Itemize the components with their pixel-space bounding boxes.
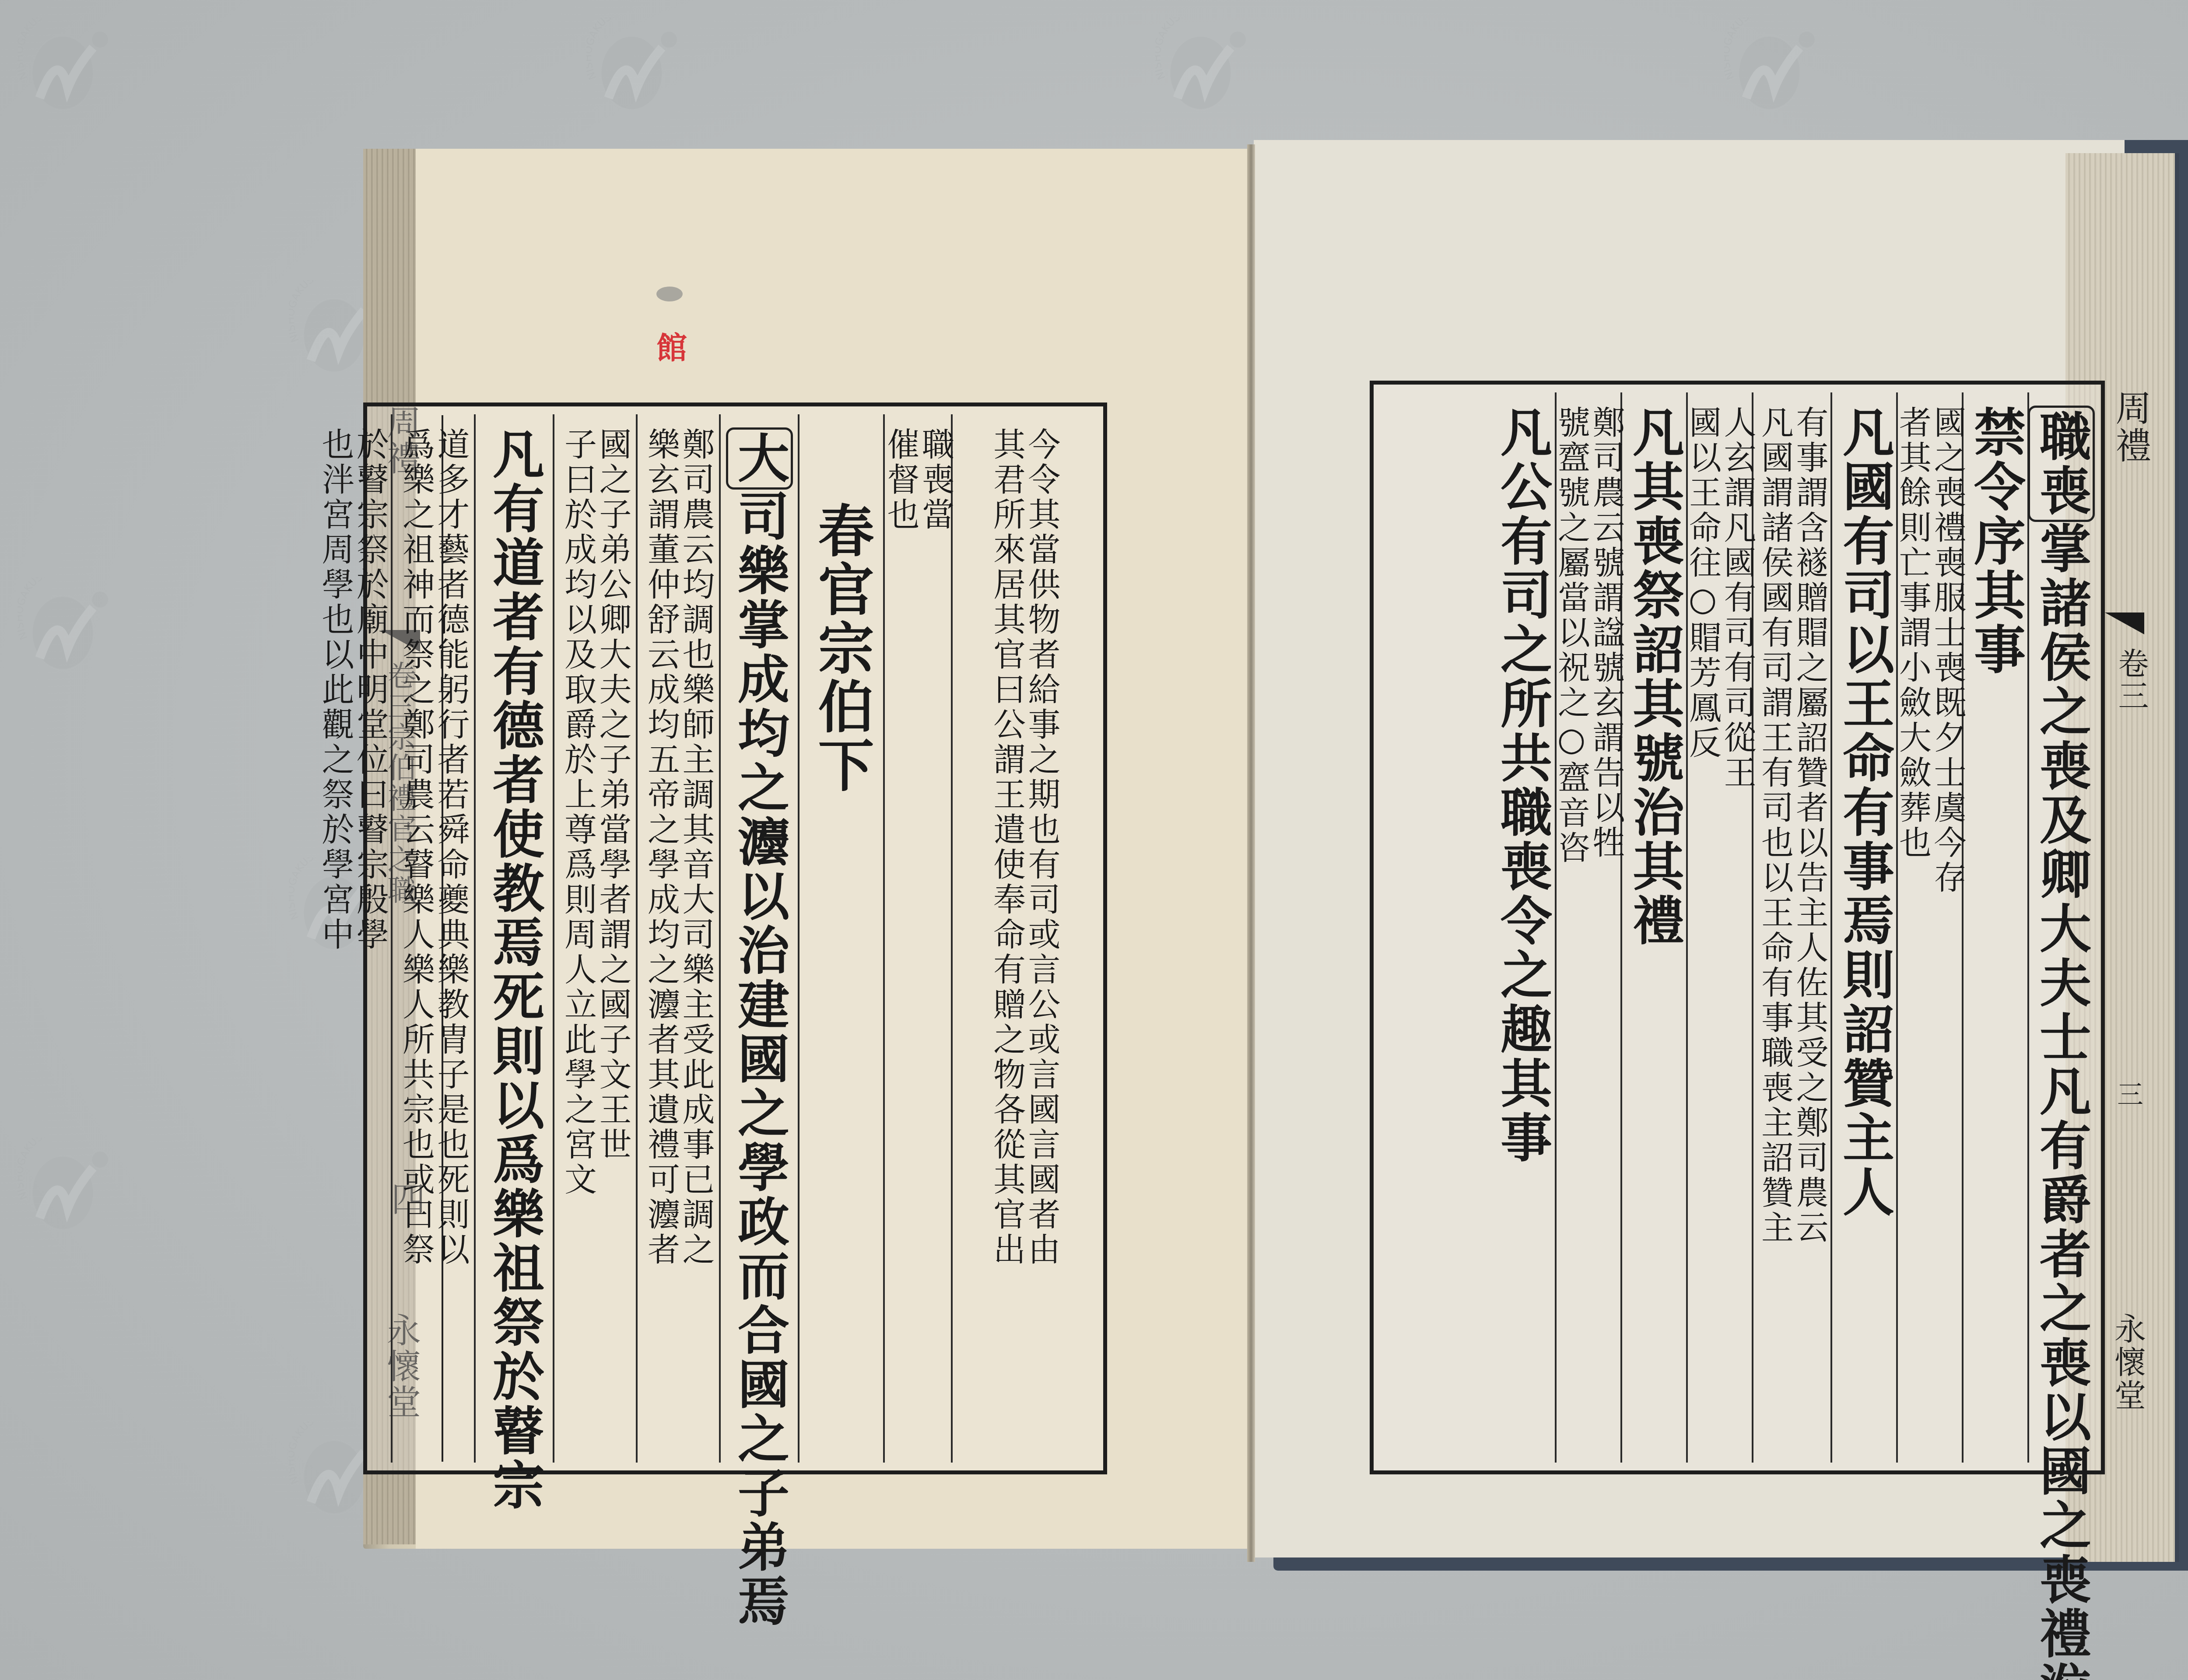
commentary-line: 子曰於成均以及取爵於上尊爲則周人立此學之宮文: [561, 427, 594, 1463]
commentary-line: 國之喪禮喪服士喪既夕士虞今存: [1931, 406, 1964, 1463]
fore-edge-volume: 卷三: [2109, 647, 2153, 712]
text-column: 今令其當供物者給事之期也有司或言公或言國言國者由其君所來居其官曰公謂王遣使奉命有…: [951, 414, 1095, 1463]
commentary-line: 催督也: [884, 427, 917, 1463]
main-text-line: 凡其喪祭詔其號治其禮: [1628, 406, 1680, 1463]
commentary-line: 人玄謂凡國有司有司從王: [1721, 406, 1753, 1463]
text-column: 凡公有司之所共職喪令之趣其事: [1489, 392, 1555, 1463]
text-column: 人玄謂凡國有司有司從王國以王命往○賵芳鳳反: [1686, 392, 1752, 1463]
text-column: 有事謂含襚贈賵之屬詔贊者以告主人佐其受之鄭司農云凡國謂諸侯國有司謂王有司也以王命…: [1752, 392, 1830, 1463]
text-column: 職喪掌諸侯之喪及卿大夫士凡有爵者之喪以國之喪禮涖其: [2027, 392, 2093, 1463]
nishogakusha-logo-icon: NISHOGAKUSHA: [18, 17, 118, 118]
commentary-line: 國之子弟公卿大夫之子弟當學者謂之國子文王世: [596, 427, 629, 1463]
nishogakusha-logo-icon: NISHOGAKUSHA: [18, 577, 118, 678]
text-column: 春官宗伯下: [798, 414, 883, 1463]
text-column: 國之喪禮喪服士喪既夕士虞今存者其餘則亡事謂小斂大斂葬也: [1896, 392, 1962, 1463]
right-text-columns: 職喪掌諸侯之喪及卿大夫士凡有爵者之喪以國之喪禮涖其禁令序其事國之喪禮喪服士喪既夕…: [1382, 392, 2093, 1463]
commentary-line: 樂玄謂董仲舒云成均五帝之學成均之灋者其遺禮可灋者: [645, 427, 677, 1463]
text-column: 凡國有司以王命有事焉則詔贊主人: [1830, 392, 1896, 1463]
commentary-line: 有事謂含襚贈賵之屬詔贊者以告主人佐其受之鄭司農云: [1793, 406, 1826, 1463]
text-column: 鄭司農云均調也樂師主調其音大司樂主受此成事已調之樂玄謂董仲舒云成均五帝之學成均之…: [636, 414, 719, 1463]
right-print-frame: 職喪掌諸侯之喪及卿大夫士凡有爵者之喪以國之喪禮涖其禁令序其事國之喪禮喪服士喪既夕…: [1370, 381, 2105, 1474]
text-column: 道多才藝者德能躬行者若舜命夔典樂教胄子是也死則以爲樂之祖神而祭之鄭司農云瞽樂人樂…: [391, 414, 474, 1463]
commentary-line: 國以王命往○賵芳鳳反: [1686, 406, 1719, 1463]
main-text-line: 凡有道者有德者使教焉死則以爲樂祖祭於瞽宗: [488, 427, 540, 1463]
nishogakusha-logo-icon: NISHOGAKUSHA: [586, 17, 687, 118]
text-column: 國之子弟公卿大夫之子弟當學者謂之國子文王世子曰於成均以及取爵於上尊爲則周人立此學…: [553, 414, 636, 1463]
commentary-line: 今令其當供物者給事之期也有司或言公或言國言國者由: [1025, 427, 1058, 1463]
main-text-line: 凡公有司之所共職喪令之趣其事: [1496, 406, 1548, 1463]
commentary-line: 職喪當: [919, 427, 952, 1463]
fishtail-mark-icon: [2105, 612, 2144, 634]
main-text-line: 禁令序其事: [1970, 406, 2021, 1463]
main-text-line: 職喪掌諸侯之喪及卿大夫士凡有爵者之喪以國之喪禮涖其: [2035, 406, 2087, 1463]
main-text-line: 凡國有司以王命有事焉則詔贊主人: [1838, 406, 1890, 1463]
commentary-line: 鄭司農云均調也樂師主調其音大司樂主受此成事已調之: [679, 427, 712, 1463]
text-column: 於瞽宗祭於廟中明堂位曰瞽宗殷學也泮宮周學也以此觀之祭於學宮中: [314, 414, 391, 1463]
left-print-frame: 今令其當供物者給事之期也有司或言公或言國言國者由其君所來居其官曰公謂王遣使奉命有…: [363, 402, 1107, 1474]
commentary-line: 於瞽宗祭於廟中明堂位曰瞽宗殷學: [354, 427, 386, 1463]
text-column: 凡有道者有德者使教焉死則以爲樂祖祭於瞽宗: [474, 414, 553, 1463]
commentary-line: 道多才藝者德能躬行者若舜命夔典樂教胄子是也死則以: [434, 427, 467, 1463]
commentary-line: 鄭司農云號謂諡號玄謂告以牲: [1589, 406, 1622, 1463]
commentary-line: 號齍號之屬當以祝之○齍音咨: [1555, 406, 1588, 1463]
text-column: 職喪當催督也: [883, 414, 951, 1463]
text-column: 鄭司農云號謂諡號玄謂告以牲號齍號之屬當以祝之○齍音咨: [1555, 392, 1620, 1463]
red-seal-stamp: 館: [656, 324, 687, 368]
nishogakusha-logo-icon: NISHOGAKUSHA: [1155, 17, 1256, 118]
commentary-line: 也泮宮周學也以此觀之祭於學宮中: [319, 427, 351, 1463]
fore-edge-title: 周禮: [2105, 389, 2156, 465]
nishogakusha-logo-icon: NISHOGAKUSHA: [18, 1137, 118, 1238]
boxed-office-title: 大: [726, 427, 793, 490]
left-text-columns: 今令其當供物者給事之期也有司或言公或言國言國者由其君所來居其官曰公謂王遣使奉命有…: [444, 414, 1095, 1463]
ink-smudge: [656, 287, 683, 301]
boxed-office-title: 職喪: [2028, 406, 2095, 522]
book-gutter: [1247, 144, 1255, 1562]
commentary-line: 者其餘則亡事謂小斂大斂葬也: [1896, 406, 1929, 1463]
commentary-line: 爲樂之祖神而祭之鄭司農云瞽樂人樂人所共宗也或曰祭: [400, 427, 432, 1463]
commentary-line: 其君所來居其官曰公謂王遣使奉命有贈之物各從其官出: [990, 427, 1023, 1463]
commentary-line: 凡國謂諸侯國有司謂王有司也以王命有事職喪主詔贊主: [1758, 406, 1791, 1463]
fore-edge-publisher: 永懷堂: [2105, 1312, 2150, 1412]
text-column: 禁令序其事: [1962, 392, 2027, 1463]
section-title: 春官宗伯下: [801, 502, 882, 1463]
text-column: 凡其喪祭詔其號治其禮: [1620, 392, 1686, 1463]
nishogakusha-logo-icon: NISHOGAKUSHA: [1724, 17, 1825, 118]
fore-edge-page: 三: [2109, 1081, 2147, 1109]
text-column: 大司樂掌成均之灋以治建國之學政而合國之子弟焉: [719, 414, 798, 1463]
main-text-line: 大司樂掌成均之灋以治建國之學政而合國之子弟焉: [733, 427, 785, 1463]
